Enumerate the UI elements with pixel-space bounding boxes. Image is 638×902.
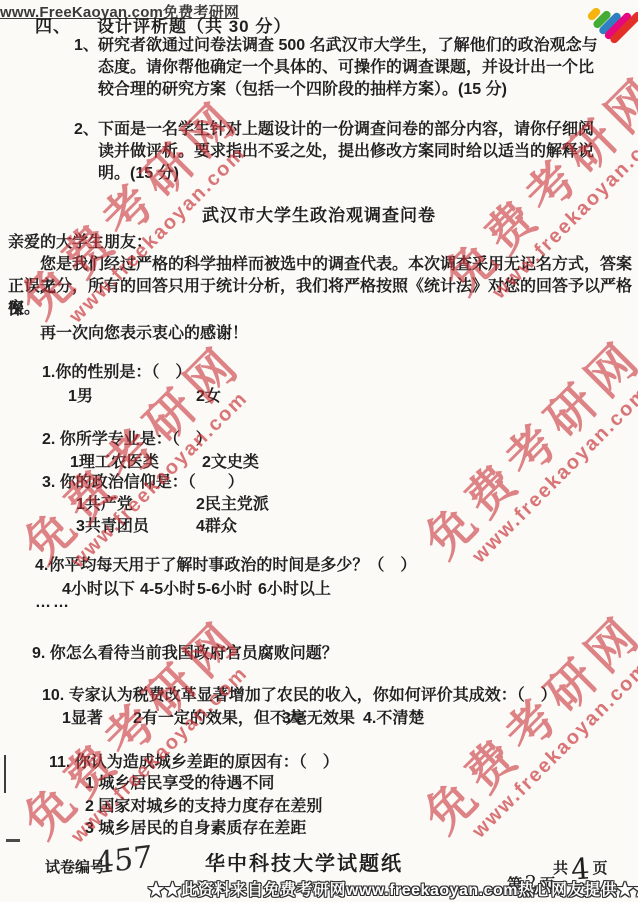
question-4-label: 4.你平均每天用于了解时事政治的时间是多少？（ ） <box>35 552 416 575</box>
thanks-line: 再一次向您表示衷心的感谢！ <box>40 320 248 343</box>
task-2-line-2: 读并做评析。要求指出不妥之处，提出修改方案同时给以适当的解释说 <box>98 143 594 160</box>
question-9-label: 9. 你怎么看待当前我国政府官员腐败问题？ <box>32 640 338 663</box>
task-2-line-1: 下面是一名学生针对上题设计的一份调查问卷的部分内容，请你仔细阅 <box>98 121 594 138</box>
section-number: 四、 <box>35 17 71 36</box>
greeting: 亲爱的大学生朋友： <box>8 229 152 252</box>
watermark-url-text: www.freekaoyan.com <box>437 626 638 873</box>
question-10-options: 1显著2有一定的效果，但不大3毫无效果4.不清楚 <box>62 705 424 728</box>
section-heading: 四、设计评析题（共 30 分） <box>35 12 291 37</box>
question-11-label: 11. 你认为造成城乡差距的原因有：（ ） <box>49 749 339 772</box>
q3-option-2: 2民主党派 <box>196 491 269 514</box>
task-1-line-2: 态度。请你帮他确定一个具体的、可操作的调查课题，并设计出一个比 <box>98 59 594 76</box>
questionnaire-title: 武汉市大学生政治观调查问卷 <box>0 201 638 226</box>
watermark-big-text: 免费考研网 <box>402 316 638 583</box>
section-title: 设计评析题（共 30 分） <box>97 17 291 36</box>
scanned-exam-page: 免费考研网 www.freekaoyan.com 免费考研网 www.freek… <box>0 0 638 902</box>
total-pages-suffix: 页 <box>592 860 607 877</box>
q10-option-3: 3毫无效果 <box>282 705 363 728</box>
q3-option-3: 3共青团员 <box>76 513 196 536</box>
total-pages-prefix: 共 <box>553 860 568 877</box>
paper-name: 华中科技大学试题纸 <box>205 847 403 876</box>
q3-option-1: 1共产党 <box>76 491 196 514</box>
q4-option-2: 4-5小时 <box>140 576 197 599</box>
watermark: 免费考研网 www.freekaoyan.com <box>402 591 638 874</box>
watermark-url-text: www.freekaoyan.com <box>437 351 638 598</box>
intro-line-2: 正误之分，所有的回答只用于统计分析，我们将严格按照《统计法》对您的回答予以严格保 <box>8 273 638 319</box>
task-2-line-3: 明。(15 分) <box>98 165 179 182</box>
question-2-label: 2. 你所学专业是：（ ） <box>42 426 212 449</box>
q1-option-1: 1男 <box>68 383 196 406</box>
q4-option-4: 6小时以上 <box>258 576 331 599</box>
task-2-number: 2、 <box>74 119 98 185</box>
question-1-label: 1.你的性别是：（ ） <box>42 359 191 382</box>
task-1-line-3: 较合理的研究方案（包括一个四阶段的抽样方案）。(15 分) <box>98 81 507 98</box>
question-3-options-row-1: 1共产党2民主党派 <box>76 491 269 514</box>
q10-option-1: 1显著 <box>62 705 133 728</box>
question-4-options: 4小时以下4-5小时5-6小时6小时以上 <box>62 576 331 599</box>
q11-option-2: 2 国家对城乡的支持力度存在差别 <box>85 793 322 816</box>
q10-option-4: 4.不清楚 <box>363 705 424 728</box>
question-3-options-row-2: 3共青团员4群众 <box>76 513 237 536</box>
q3-option-4: 4群众 <box>196 513 237 536</box>
q11-option-3: 3 城乡居民的自身素质存在差距 <box>85 815 306 838</box>
scan-artifact-line <box>4 755 6 793</box>
task-2-text: 下面是一名学生针对上题设计的一份调查问卷的部分内容，请你仔细阅 读并做评析。要求… <box>98 119 594 185</box>
watermark-big-text: 免费考研网 <box>402 591 638 858</box>
task-1-number: 1、 <box>74 35 98 101</box>
q11-option-1: 1 城乡居民享受的待遇不同 <box>85 770 274 793</box>
q4-option-3: 5-6小时 <box>197 576 258 599</box>
q4-option-1: 4小时以下 <box>62 576 140 599</box>
ellipsis: …… <box>35 594 71 612</box>
task-1-text: 研究者欲通过问卷法调查 500 名武汉市大学生，了解他们的政治观念与 态度。请你… <box>98 35 598 101</box>
scan-artifact-dash <box>6 839 20 842</box>
q1-option-2: 2女 <box>196 383 221 406</box>
watermark: 免费考研网 www.freekaoyan.com <box>402 316 638 599</box>
paper-number-handwritten: 457 <box>95 839 152 881</box>
question-1-options: 1男2女 <box>68 383 221 406</box>
source-banner: ★★此资料来自免费考研网www.freekaoyan.com热心网友提供★★ <box>148 877 638 900</box>
task-1-line-1: 研究者欲通过问卷法调查 500 名武汉市大学生，了解他们的政治观念与 <box>98 37 598 54</box>
task-2: 2、 下面是一名学生针对上题设计的一份调查问卷的部分内容，请你仔细阅 读并做评析… <box>74 119 634 185</box>
q10-option-2: 2有一定的效果，但不大 <box>133 705 282 728</box>
question-3-label: 3. 你的政治信仰是：（ ） <box>42 469 244 492</box>
question-10-label: 10. 专家认为税费改革显著增加了农民的收入，你如何评价其成效：（ ） <box>42 682 557 705</box>
task-1: 1、 研究者欲通过问卷法调查 500 名武汉市大学生，了解他们的政治观念与 态度… <box>74 35 634 101</box>
intro-line-3: 密。 <box>8 295 40 318</box>
